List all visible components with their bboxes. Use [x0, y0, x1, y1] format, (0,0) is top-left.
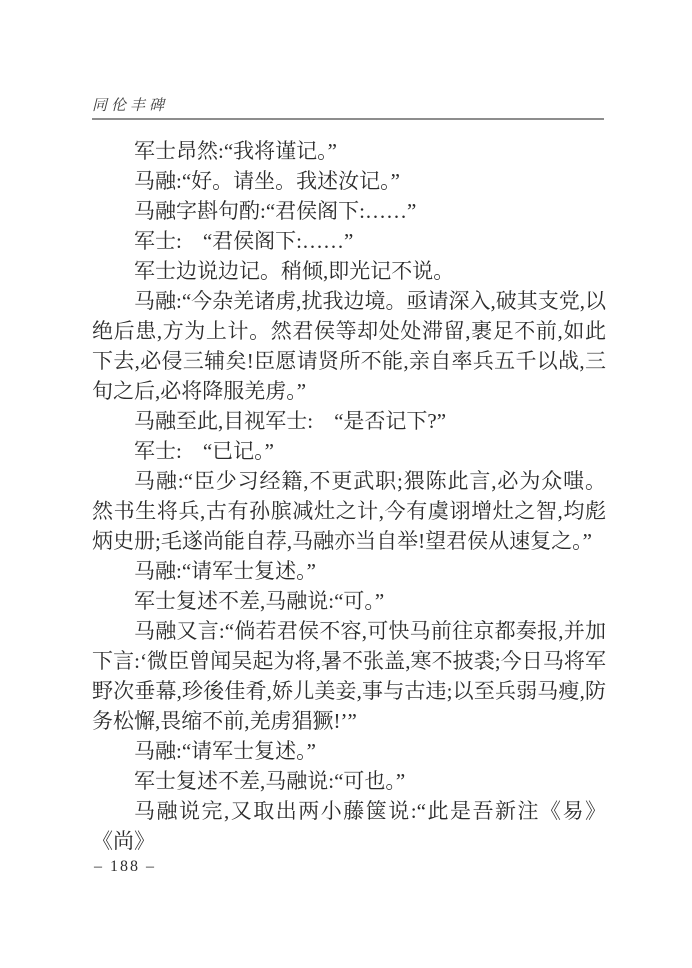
paragraph: 马融:“请军士复述。”	[92, 736, 606, 766]
paragraph: 马融说完,又取出两小藤箧说:“此是吾新注《易》《尚》	[92, 796, 606, 856]
paragraph: 军士昂然:“我将谨记。”	[92, 136, 606, 166]
paragraph: 马融:“好。请坐。我述汝记。”	[92, 166, 606, 196]
paragraph: 马融:“请军士复述。”	[92, 556, 606, 586]
paragraph: 马融:“今杂羌诸虏,扰我边境。亟请深入,破其支党,以绝后患,方为上计。然君侯等却…	[92, 286, 606, 406]
paragraph: 军士复述不差,马融说:“可也。”	[92, 766, 606, 796]
paragraph: 军士: “君侯阁下:……”	[92, 226, 606, 256]
paragraph: 军士复述不差,马融说:“可。”	[92, 586, 606, 616]
paragraph: 军士: “已记。”	[92, 436, 606, 466]
body-text: 军士昂然:“我将谨记。”马融:“好。请坐。我述汝记。”马融字斟句酌:“君侯阁下:…	[92, 136, 606, 856]
paragraph: 马融至此,目视军士: “是否记下?”	[92, 406, 606, 436]
paragraph: 军士边说边记。稍倾,即光记不说。	[92, 256, 606, 286]
paragraph: 马融又言:“倘若君侯不容,可快马前往京都奏报,并加下言:‘微臣曾闻吴起为将,暑不…	[92, 616, 606, 736]
running-head: 同伦丰碑	[92, 94, 168, 115]
book-page: 同伦丰碑 军士昂然:“我将谨记。”马融:“好。请坐。我述汝记。”马融字斟句酌:“…	[0, 0, 692, 968]
header-divider	[92, 118, 604, 120]
page-number: – 188 –	[94, 858, 156, 876]
paragraph: 马融:“臣少习经籍,不更武职;猥陈此言,必为众嗤。然书生将兵,古有孙膑减灶之计,…	[92, 466, 606, 556]
paragraph: 马融字斟句酌:“君侯阁下:……”	[92, 196, 606, 226]
